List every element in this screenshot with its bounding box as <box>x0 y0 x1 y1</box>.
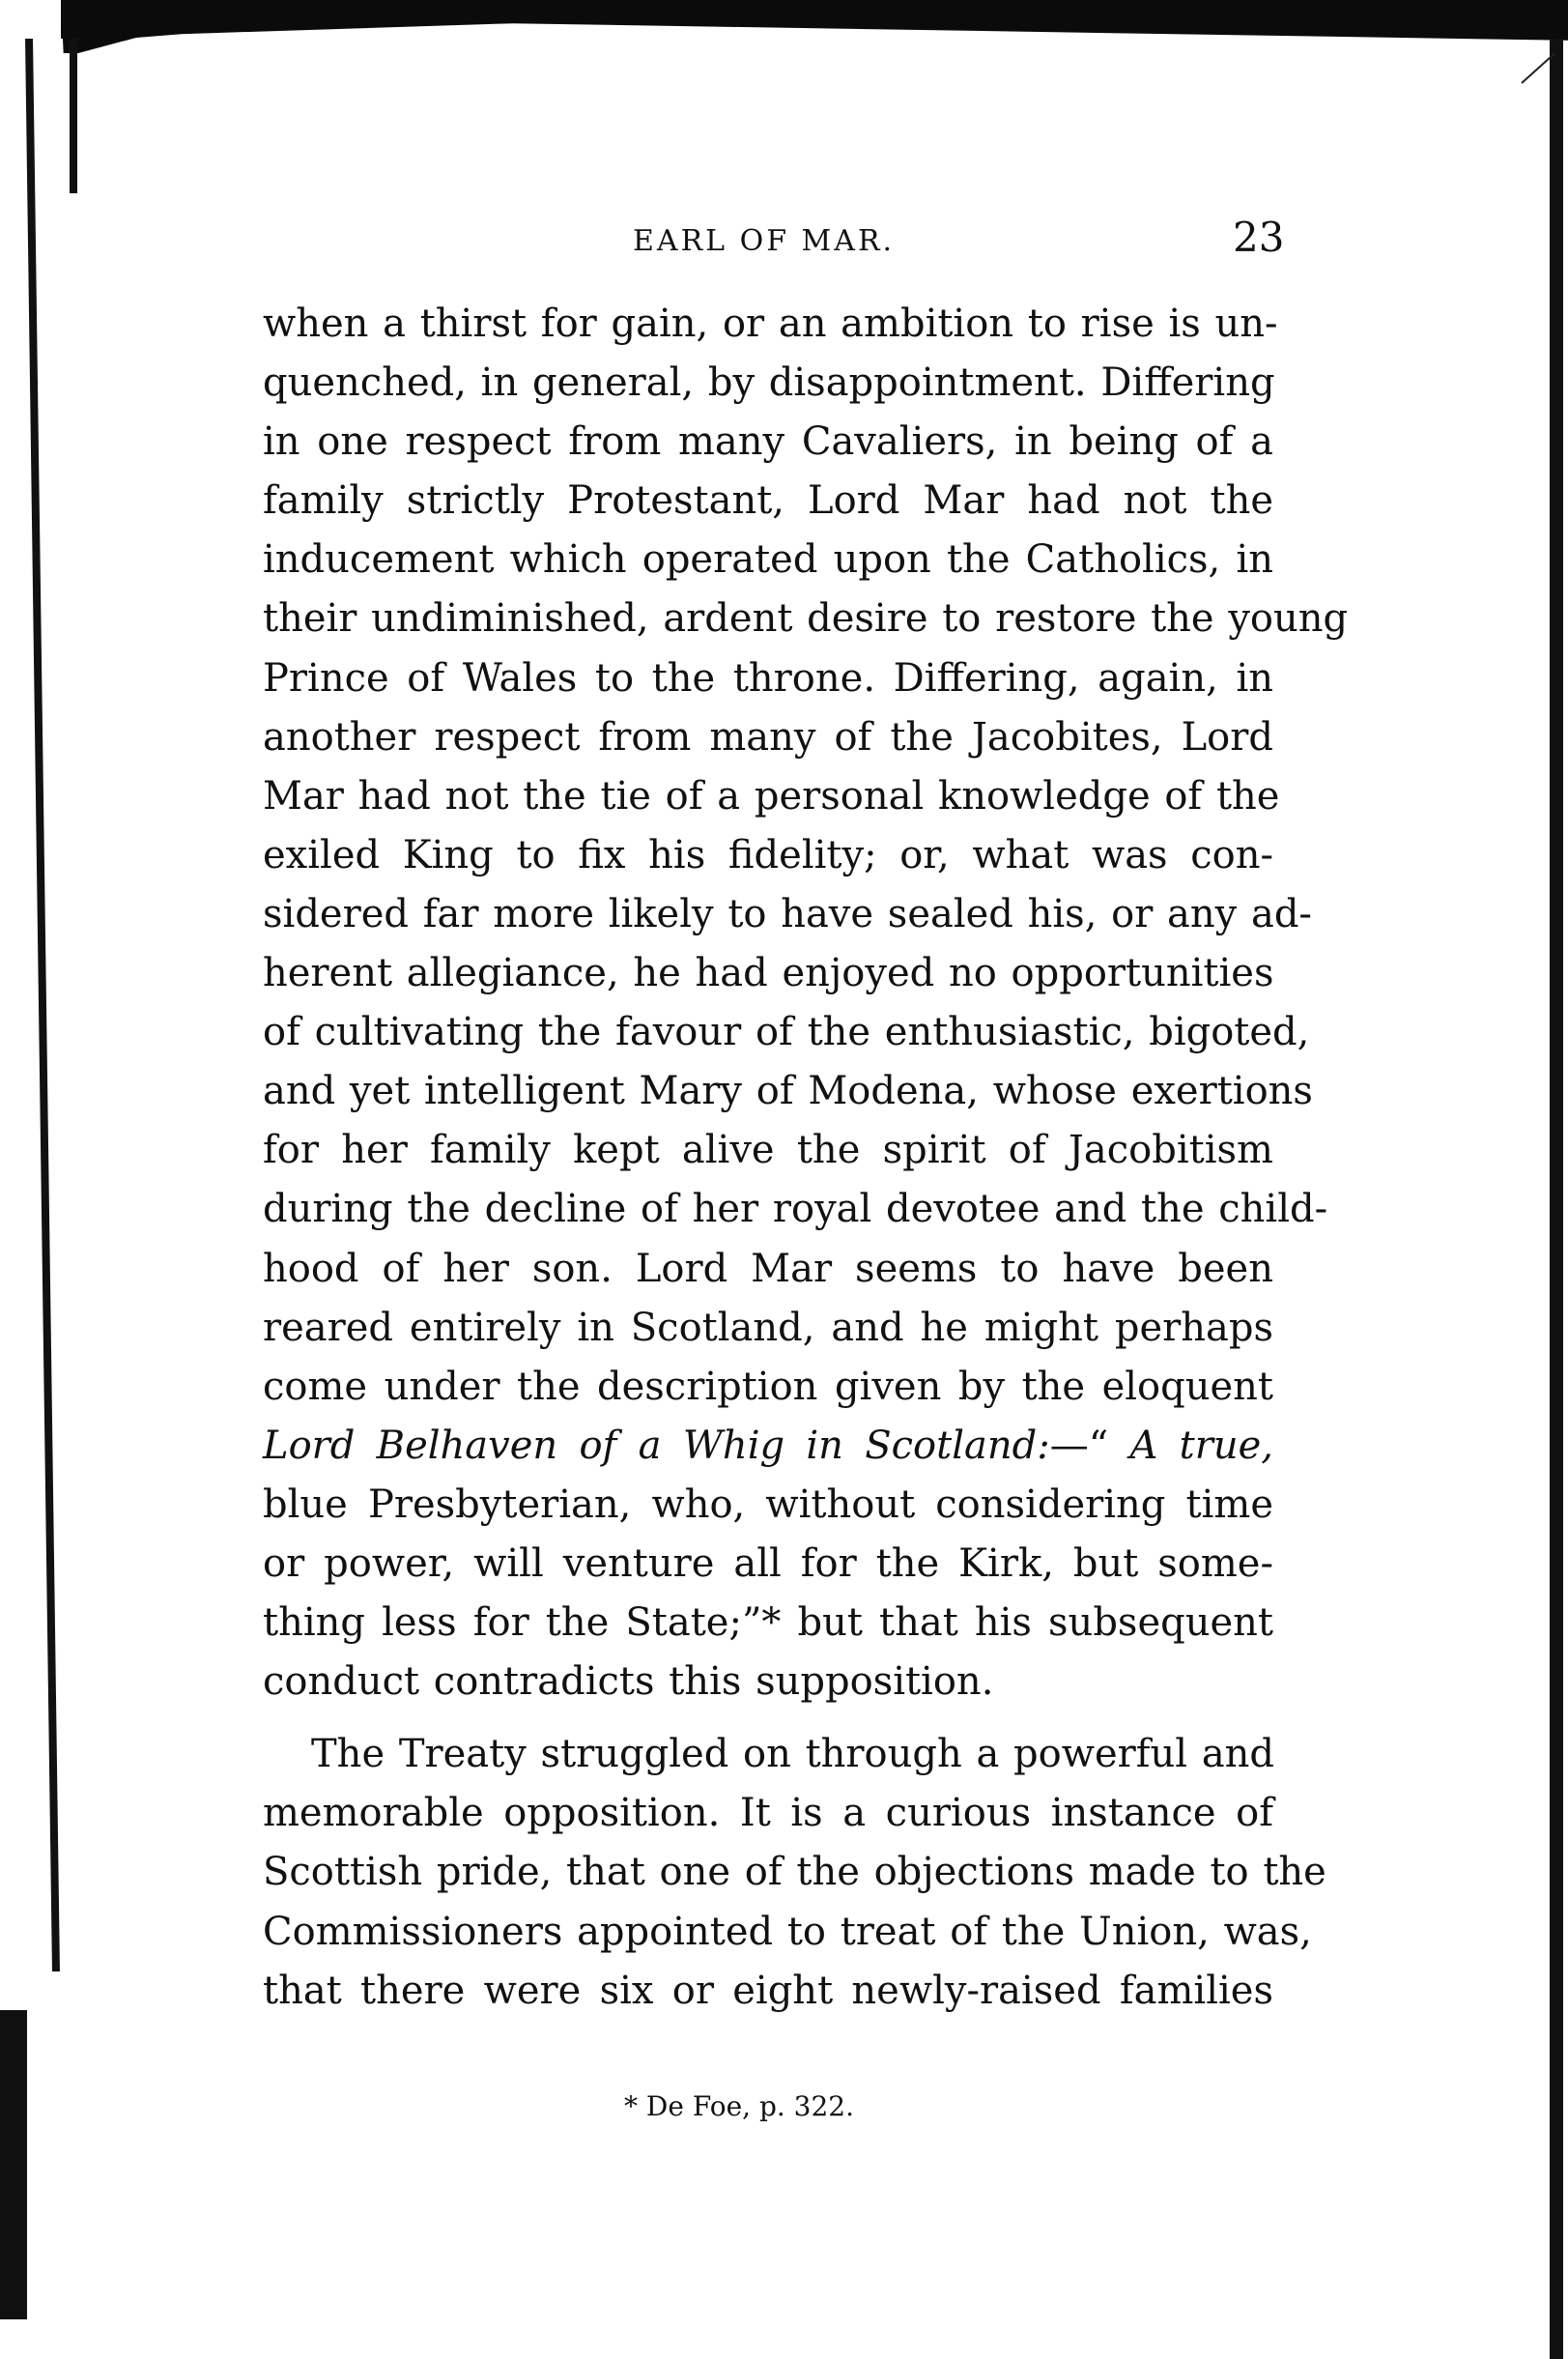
text-line: reared entirely in Scotland, and he migh… <box>263 1299 1273 1358</box>
text-line: inducement which operated upon the Catho… <box>263 531 1273 590</box>
text-line: for her family kept alive the spirit of … <box>263 1121 1273 1180</box>
text-line: and yet intelligent Mary of Modena, whos… <box>263 1062 1273 1121</box>
footnote: * De Foe, p. 322. <box>624 2089 854 2124</box>
footnote-text: De Foe, p. 322. <box>646 2090 854 2122</box>
text-line: The Treaty struggled on through a powerf… <box>263 1725 1273 1784</box>
text-line: during the decline of her royal devotee … <box>263 1180 1273 1239</box>
text-line: in one respect from many Cavaliers, in b… <box>263 413 1273 472</box>
quote-start: A true, <box>1129 1424 1273 1468</box>
quote-attribution: Lord Belhaven of a Whig in Scotland: <box>263 1424 1050 1468</box>
text-line: quenched, in general, by disappointment.… <box>263 354 1273 413</box>
text-line: sidered far more likely to have sealed h… <box>263 885 1273 944</box>
text-line: of cultivating the favour of the enthusi… <box>263 1003 1273 1062</box>
text-line: exiled King to fix his fidelity; or, wha… <box>263 826 1273 885</box>
page-number: 23 <box>1233 215 1284 261</box>
footnote-marker: * <box>624 2090 638 2122</box>
text-line: that there were six or eight newly-raise… <box>263 1962 1273 2021</box>
scan-border-left-upper <box>70 39 77 193</box>
scan-border-right <box>1550 39 1563 2359</box>
quote-line: Lord Belhaven of a Whig in Scotland:—“ A… <box>263 1417 1273 1476</box>
text-line: their undiminished, ardent desire to res… <box>263 590 1273 648</box>
text-line: or power, will venture all for the Kirk,… <box>263 1535 1273 1594</box>
text-line: Prince of Wales to the throne. Differing… <box>263 649 1273 708</box>
text-line: hood of her son. Lord Mar seems to have … <box>263 1240 1273 1299</box>
text-line: memorable opposition. It is a curious in… <box>263 1784 1273 1843</box>
text-line: Scottish pride, that one of the objectio… <box>263 1843 1273 1902</box>
text-line: blue Presbyterian, who, without consider… <box>263 1476 1273 1535</box>
text-line: Mar had not the tie of a personal knowle… <box>263 767 1273 826</box>
text-line: conduct contradicts this supposition. <box>263 1653 1273 1712</box>
text-line: when a thirst for gain, or an ambition t… <box>263 295 1273 354</box>
text-line: Commissioners appointed to treat of the … <box>263 1903 1273 1962</box>
text-line: come under the description given by the … <box>263 1358 1273 1417</box>
text-line: herent allegiance, he had enjoyed no opp… <box>263 944 1273 1003</box>
scan-border-left <box>25 39 60 1971</box>
running-head: EARL OF MAR. <box>633 224 895 259</box>
quote-open: —“ <box>1050 1424 1130 1468</box>
scan-border-top <box>61 0 1568 43</box>
body-text: when a thirst for gain, or an ambition t… <box>263 295 1273 2021</box>
text-line: family strictly Protestant, Lord Mar had… <box>263 472 1273 531</box>
text-line: another respect from many of the Jacobit… <box>263 708 1273 767</box>
text-line: thing less for the State;”* but that his… <box>263 1594 1273 1653</box>
scan-border-left-lower <box>0 2010 27 2319</box>
